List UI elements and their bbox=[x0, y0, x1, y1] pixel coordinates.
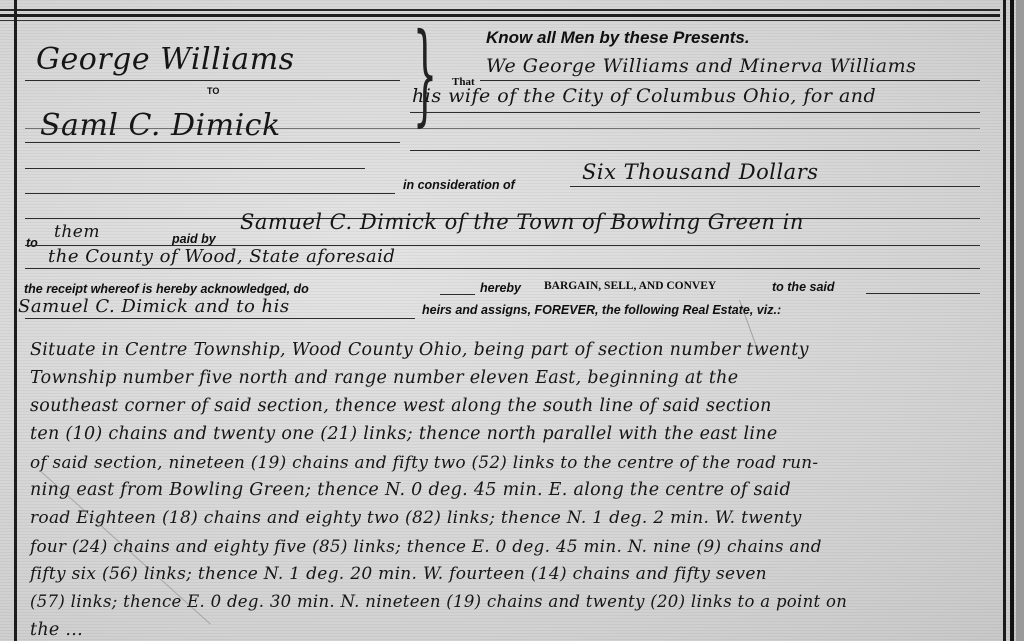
to-the-said-underline bbox=[866, 293, 980, 294]
consideration-underline bbox=[570, 186, 980, 187]
rule-line-5 bbox=[25, 193, 395, 194]
grantee-line: Samuel C. Dimick and to his bbox=[18, 296, 290, 317]
rule-line-4 bbox=[410, 150, 980, 151]
grantors-line-2: his wife of the City of Columbus Ohio, f… bbox=[412, 85, 876, 107]
paid-by-label: paid by bbox=[172, 232, 216, 246]
receipt-clause: the receipt whereof is hereby acknowledg… bbox=[24, 282, 309, 296]
that-underline bbox=[480, 80, 980, 81]
to-field-value: them bbox=[54, 222, 100, 242]
right-border-rule-thick bbox=[1010, 0, 1014, 641]
description-line: Township number five north and range num… bbox=[30, 368, 738, 388]
grantors-line-1: We George Williams and Minerva Williams bbox=[486, 55, 916, 77]
heading-know-all-men: Know all Men by these Presents. bbox=[486, 28, 750, 48]
description-line: four (24) chains and eighty five (85) li… bbox=[30, 536, 822, 556]
description-line: southeast corner of said section, thence… bbox=[30, 396, 772, 416]
hereby-label: hereby bbox=[480, 281, 521, 295]
grantor-header-name: George Williams bbox=[36, 42, 295, 77]
description-line: the ... bbox=[30, 620, 83, 640]
grantee-line-underline bbox=[25, 318, 415, 319]
paid-by-value-line-2: the County of Wood, State aforesaid bbox=[48, 246, 395, 267]
rule-line-2 bbox=[410, 112, 980, 113]
top-border-rule bbox=[0, 9, 1000, 11]
deed-record-page: George Williams TO Saml C. Dimick } Know… bbox=[0, 0, 1024, 641]
paid-by-underline-2 bbox=[25, 268, 980, 269]
bargain-sell-convey: BARGAIN, SELL, AND CONVEY bbox=[544, 280, 716, 292]
page-edge bbox=[1016, 0, 1024, 641]
grantee-header-name: Saml C. Dimick bbox=[40, 108, 281, 143]
to-the-said-label: to the said bbox=[772, 280, 835, 294]
paid-by-value-line-1: Samuel C. Dimick of the Town of Bowling … bbox=[240, 210, 804, 234]
right-border-rule bbox=[1003, 0, 1006, 641]
description-line: road Eighteen (18) chains and eighty two… bbox=[30, 508, 802, 528]
left-margin-rule bbox=[14, 0, 17, 641]
top-border-rule-thick bbox=[0, 14, 1000, 17]
description-line: (57) links; thence E. 0 deg. 30 min. N. … bbox=[30, 592, 847, 611]
to-label: TO bbox=[207, 86, 219, 96]
header-blank-line bbox=[25, 168, 365, 169]
description-line: of said section, nineteen (19) chains an… bbox=[30, 452, 818, 472]
do-blank bbox=[440, 294, 475, 295]
heirs-clause: heirs and assigns, FOREVER, the followin… bbox=[422, 303, 781, 317]
to-field-label: to bbox=[26, 236, 38, 250]
consideration-label: in consideration of bbox=[403, 178, 515, 192]
description-line: Situate in Centre Township, Wood County … bbox=[30, 340, 809, 360]
top-border-rule-thin bbox=[0, 20, 1000, 21]
consideration-amount: Six Thousand Dollars bbox=[582, 160, 819, 184]
description-line: fifty six (56) links; thence N. 1 deg. 2… bbox=[30, 564, 767, 584]
description-line: ten (10) chains and twenty one (21) link… bbox=[30, 424, 778, 444]
rule-line-3 bbox=[25, 128, 980, 129]
description-line: ning east from Bowling Green; thence N. … bbox=[30, 480, 791, 500]
grantee-underline bbox=[25, 142, 400, 143]
grantor-underline bbox=[25, 80, 400, 81]
